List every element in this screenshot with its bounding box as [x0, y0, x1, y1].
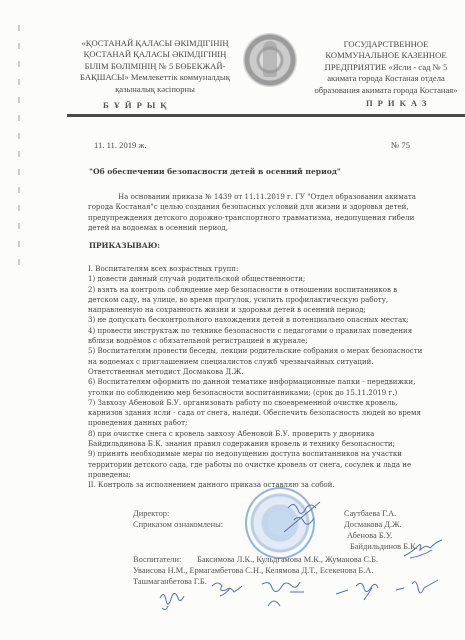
order-date: 11. 11. 2019 ж.: [94, 140, 147, 150]
order-item-line: 9) принять необходимые меры по недопущен…: [88, 449, 448, 459]
org-kz-line: қазыналық кәсіпорны: [65, 84, 245, 95]
teachers-line: Ташмаганбетова Г.Б.: [133, 576, 207, 587]
header-divider: [67, 114, 465, 117]
order-item-line: территории детского сада, где работы по …: [88, 460, 448, 470]
teachers-line: Баксимова Л.К., Кульдгамова М.К., Жумано…: [197, 554, 378, 565]
order-item-line: 3) не допускать бесконтрольного нахожден…: [88, 315, 448, 325]
order-number: № 75: [391, 140, 410, 150]
doc-type-kazakh: БҰЙРЫҚ: [103, 100, 172, 110]
order-item-line: Байдильдинова Б.К. знания правил содержа…: [88, 439, 448, 449]
order-heading: ПРИКАЗЫВАЮ:: [89, 241, 160, 250]
state-emblem-icon: [243, 33, 297, 87]
order-items: I. Воспитателям всех возрастных групп: 1…: [88, 264, 448, 491]
order-item-line: детском саду, на улице, во время прогуло…: [88, 295, 448, 305]
order-item-line: на водоемах с приглашением специалистов …: [88, 357, 448, 367]
binding-holes-marks: [18, 25, 20, 275]
order-item-line: 4) провести инструктаж по технике безопа…: [88, 326, 448, 336]
scanned-document-page: «ҚОСТАНАЙ ҚАЛАСЫ ӘКІМДІГІНІҢ ҚОСТАНАЙ ҚА…: [0, 0, 465, 640]
teachers-label: Воспитатели:: [133, 554, 181, 565]
order-title: "Об обеспечении безопасности детей в осе…: [89, 167, 341, 176]
org-kz-line: БІЛІМ БӨЛІМІНІҢ № 5 БӨБЕКЖАЙ-: [65, 61, 245, 72]
teachers-line: Уваисова Н.М., Ермагамбетова С.Н., Келям…: [133, 565, 373, 576]
intro-line: предупреждения детского дорожно-транспор…: [88, 213, 448, 223]
order-item-line: 8) при очистке снега с кровель завхозу А…: [88, 429, 448, 439]
intro-line: На основании приказа № 1439 от 11.11.201…: [88, 192, 448, 202]
org-name-kazakh: «ҚОСТАНАЙ ҚАЛАСЫ ӘКІМДІГІНІҢ ҚОСТАНАЙ ҚА…: [65, 38, 245, 95]
org-ru-line: ПРЕДПРИЯТИЕ «Ясли - сад № 5: [307, 62, 465, 73]
order-item-line: Ответственная методист Досмакова Д.Ж.: [88, 367, 448, 377]
order-item-line: 2) взять на контроль соблюдение мер безо…: [88, 285, 448, 295]
signatory-name: Байдильдинов Б.К.: [350, 541, 418, 552]
order-item-line: проведения данных работ;: [88, 418, 448, 428]
intro-paragraph: На основании приказа № 1439 от 11.11.201…: [88, 192, 448, 233]
official-stamp-icon: [245, 487, 315, 559]
order-item-line: I. Воспитателям всех возрастных групп:: [88, 264, 448, 274]
org-name-russian: ГОСУДАРСТВЕННОЕ КОММУНАЛЬНОЕ КАЗЕННОЕ ПР…: [307, 39, 465, 96]
org-kz-line: БАҚШАСЫ» Мемлекеттік коммуналдық: [65, 72, 245, 83]
intro-line: города Костаная"с целью создания безопас…: [88, 202, 448, 212]
order-item-line: карнизов здания ясли - сада от снега, на…: [88, 408, 448, 418]
org-ru-line: ГОСУДАРСТВЕННОЕ: [307, 39, 465, 50]
intro-line: детей на водоемах в осенний период,: [88, 223, 448, 233]
order-item-line: 7) Завхозу Абеновой Б.У. организовать ра…: [88, 398, 448, 408]
signatory-name: Абенова Б.У.: [347, 530, 392, 541]
org-ru-line: КОММУНАЛЬНОЕ КАЗЕННОЕ: [307, 50, 465, 61]
org-ru-line: акимата города Костаная отдела: [307, 73, 465, 84]
doc-type-russian: ПРИКАЗ: [366, 98, 431, 108]
order-item-line: вблизи водоёмов с обязательной регистрац…: [88, 336, 448, 346]
order-item-line: 6) Воспитателям оформить по данной темат…: [88, 377, 448, 387]
order-item-line: уголки по соблюдению мер безопасности во…: [88, 388, 448, 398]
org-kz-line: «ҚОСТАНАЙ ҚАЛАСЫ ӘКІМДІГІНІҢ: [65, 38, 245, 49]
order-item-line: 1) довести данный случай родительской об…: [88, 274, 448, 284]
order-item-line: 5) Воспитателям провести беседы, лекции …: [88, 346, 448, 356]
signatory-name: Саутбаева Г.А.: [344, 508, 396, 519]
org-kz-line: ҚОСТАНАЙ ҚАЛАСЫ ӘКІМДІГІНІҢ: [65, 49, 245, 60]
order-item-line: направленную на сохранность жизни и здор…: [88, 305, 448, 315]
org-ru-line: образования акимата города Костаная»: [307, 85, 465, 96]
director-label: Директор:: [133, 508, 169, 519]
order-item-line: проведены;: [88, 470, 448, 480]
acquainted-label: Сприказом ознакомлены:: [133, 519, 223, 530]
signatory-name: Досмакова Д.Ж.: [344, 519, 402, 530]
